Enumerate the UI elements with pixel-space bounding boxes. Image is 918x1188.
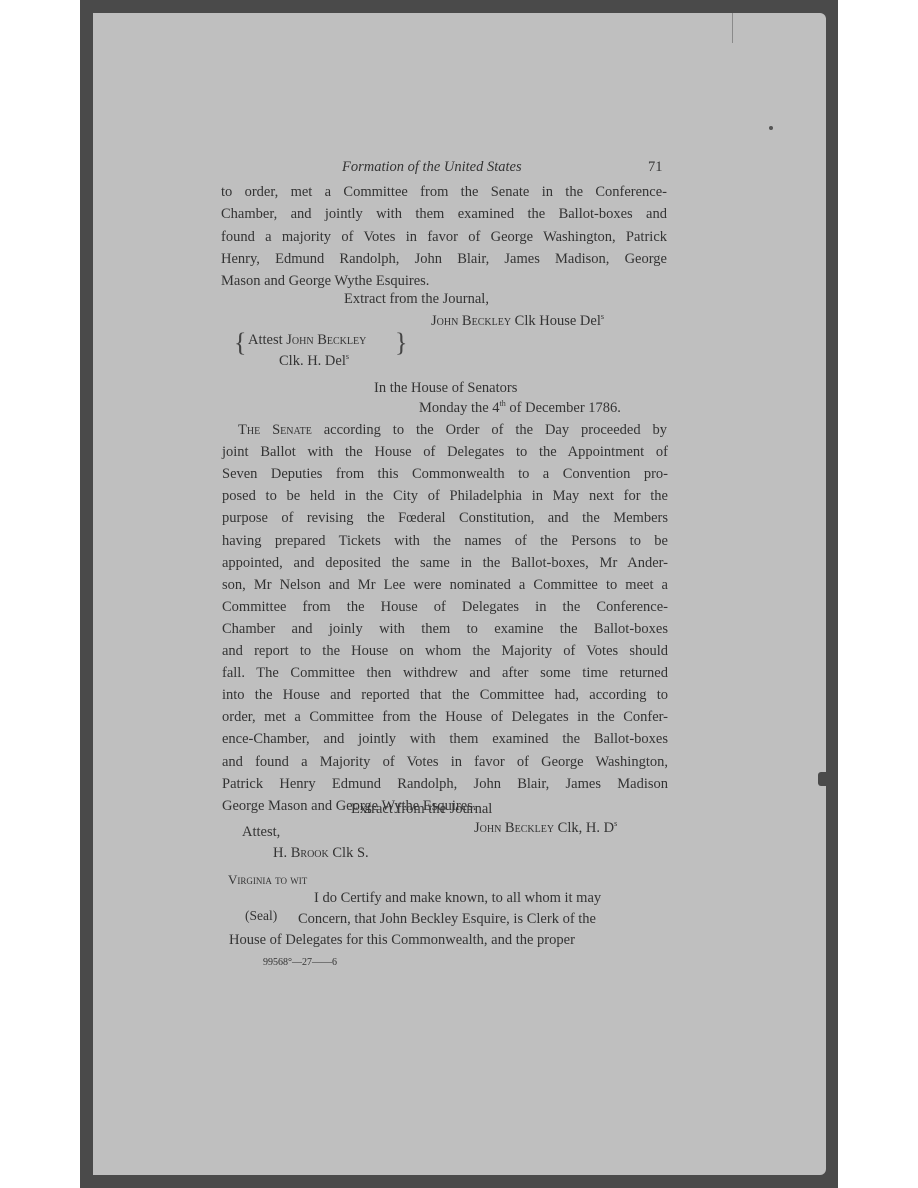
attest-line-1: Attest John Beckley: [248, 332, 366, 349]
text-line: posed to be held in the City of Philadel…: [222, 488, 668, 505]
text-line: ence-Chamber, and jointly with them exam…: [222, 731, 668, 748]
text-line: having prepared Tickets with the names o…: [222, 533, 668, 550]
attest-label: Attest: [248, 332, 283, 348]
page-edge-tear: [818, 772, 826, 786]
signature-2: John Beckley Clk, H. Ds: [474, 820, 617, 837]
certify-line-2: Concern, that John Beckley Esquire, is C…: [298, 911, 596, 928]
text-line: Henry, Edmund Randolph, John Blair, Jame…: [221, 251, 667, 268]
brook-signature: H. Brook Clk S.: [273, 845, 369, 862]
seal-label: (Seal): [245, 908, 277, 924]
text-line: son, Mr Nelson and Mr Lee were nominated…: [222, 577, 668, 594]
text-line: to order, met a Committee from the Senat…: [221, 184, 667, 201]
text-line: and found a Majority of Votes in favor o…: [222, 754, 668, 771]
signer-name: John Beckley: [474, 820, 554, 836]
page-crease: [732, 13, 733, 43]
virginia-heading: Virginia to wit: [228, 872, 307, 888]
extract-line-1: Extract from the Journal,: [344, 291, 489, 308]
text-line: into the House and reported that the Com…: [222, 687, 668, 704]
page-number: 71: [648, 159, 663, 176]
text-line: Chamber, and jointly with them examined …: [221, 206, 667, 223]
attest-line-2: Clk. H. Dels: [279, 353, 349, 370]
page-speck: [769, 126, 773, 130]
text-line: joint Ballot with the House of Delegates…: [222, 444, 668, 461]
date-line: Monday the 4th of December 1786.: [419, 400, 621, 417]
attest-name: John Beckley: [286, 332, 366, 348]
text-line: and report to the House on whom the Majo…: [222, 643, 668, 660]
brook-initial: H.: [273, 845, 287, 861]
printer-mark: 99568°—27——6: [263, 957, 337, 968]
sup-s: s: [614, 819, 617, 828]
signer-title: Clk, H. D: [558, 820, 614, 836]
text-line: Mason and George Wythe Esquires.: [221, 273, 429, 290]
text-line: The Senate according to the Order of the…: [238, 422, 667, 439]
certify-line-3: House of Delegates for this Commonwealth…: [229, 932, 575, 949]
extract-line-2: Extract from the Journal: [351, 801, 492, 818]
text-line: found a majority of Votes in favor of Ge…: [221, 229, 667, 246]
signature-1: John Beckley Clk House Dels: [431, 313, 604, 330]
text-line: Seven Deputies from this Commonwealth to…: [222, 466, 668, 483]
sup-s: s: [601, 312, 604, 321]
attest-title: Clk. H. Del: [279, 353, 346, 369]
running-header-title: Formation of the United States: [342, 159, 522, 176]
text-line: Committee from the House of Delegates in…: [222, 599, 668, 616]
certify-line-1: I do Certify and make known, to all whom…: [314, 890, 601, 907]
date-prefix: Monday the 4: [419, 400, 500, 416]
brook-name: Brook: [291, 845, 329, 861]
text-line: appointed, and deposited the same in the…: [222, 555, 668, 572]
text-line: order, met a Committee from the House of…: [222, 709, 668, 726]
right-brace: }: [395, 328, 407, 358]
attest-2-label: Attest,: [242, 824, 280, 841]
signer-title: Clk House Del: [515, 313, 601, 329]
sup-s: s: [346, 352, 349, 361]
line-text: according to the Order of the Day procee…: [312, 422, 667, 438]
text-line: fall. The Committee then withdrew and af…: [222, 665, 668, 682]
text-line: Chamber and joinly with them to examine …: [222, 621, 668, 638]
senate-heading: In the House of Senators: [374, 380, 517, 397]
signer-name: John Beckley: [431, 313, 511, 329]
lead-smallcaps: The Senate: [238, 422, 312, 438]
brook-title: Clk S.: [332, 845, 368, 861]
date-suffix: of December 1786.: [506, 400, 621, 416]
left-brace: {: [234, 328, 246, 358]
text-line: Patrick Henry Edmund Randolph, John Blai…: [222, 776, 668, 793]
text-line: purpose of revising the Fœderal Constitu…: [222, 510, 668, 527]
